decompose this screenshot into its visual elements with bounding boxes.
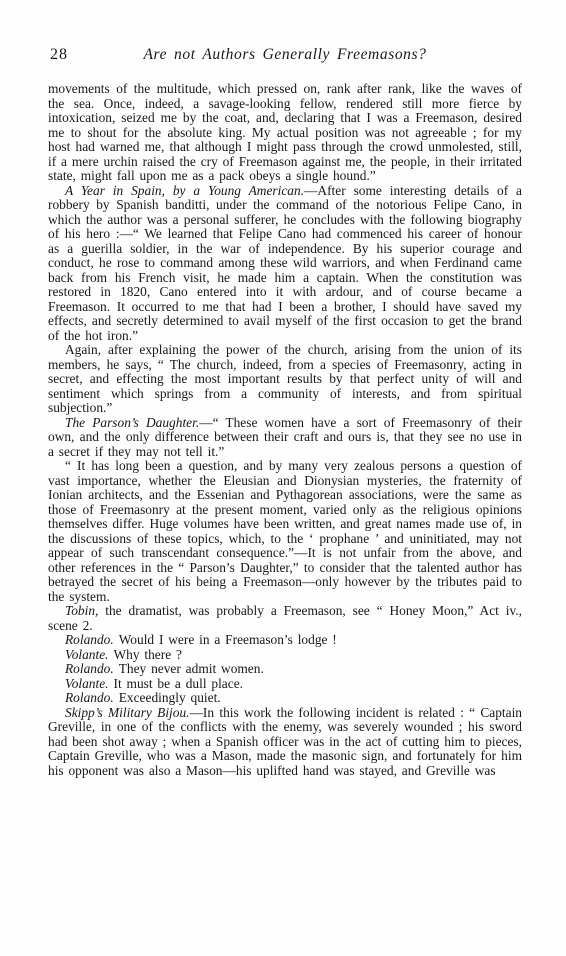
paragraph-tobin: Tobin, the dramatist, was probably a Fre… xyxy=(48,604,522,633)
paragraph-lead: The Parson’s Daughter. xyxy=(65,415,199,430)
paragraph-long-question: “ It has long been a question, and by ma… xyxy=(48,459,522,604)
dialogue-text: Would I were in a Freemason’s lodge ! xyxy=(119,632,337,647)
paragraph-lead: Skipp’s Military Bijou. xyxy=(65,705,190,720)
paragraph-year-in-spain: A Year in Spain, by a Young American.—Af… xyxy=(48,184,522,344)
paragraph-text: movements of the multitude, which presse… xyxy=(48,81,522,183)
paragraph-lead: Tobin, xyxy=(65,603,98,618)
paragraph-parsons-daughter: The Parson’s Daughter.—“ These women hav… xyxy=(48,416,522,460)
page-content: 28 Are not Authors Generally Freemasons?… xyxy=(48,44,522,778)
paragraph-text: the dramatist, was probably a Freemason,… xyxy=(48,603,522,633)
dialogue-text: They never admit women. xyxy=(119,661,264,676)
paragraph-text: “ It has long been a question, and by ma… xyxy=(48,458,522,604)
paragraph-skipps-bijou: Skipp’s Military Bijou.—In this work the… xyxy=(48,706,522,779)
dialogue-block: Rolando.Would I were in a Freemason’s lo… xyxy=(48,633,522,706)
paragraph-text: Again, after explaining the power of the… xyxy=(48,342,522,415)
speaker-name: Rolando. xyxy=(65,690,114,705)
dialogue-text: It must be a dull place. xyxy=(114,676,243,691)
dialogue-text: Exceedingly quiet. xyxy=(119,690,221,705)
paragraph-again-church: Again, after explaining the power of the… xyxy=(48,343,522,416)
dialogue-text: Why there ? xyxy=(114,647,182,662)
book-page-scan: 28 Are not Authors Generally Freemasons?… xyxy=(0,0,566,956)
page-number: 28 xyxy=(50,46,68,64)
speaker-name: Rolando. xyxy=(65,632,114,647)
dialogue-line: Rolando.Exceedingly quiet. xyxy=(48,691,522,706)
dialogue-line: Rolando.They never admit women. xyxy=(48,662,522,677)
running-head: 28 Are not Authors Generally Freemasons? xyxy=(48,44,522,68)
paragraph-lead: A Year in Spain, by a Young American. xyxy=(65,183,304,198)
dialogue-line: Volante.Why there ? xyxy=(48,648,522,663)
paragraph-continuation: movements of the multitude, which presse… xyxy=(48,82,522,184)
speaker-name: Rolando. xyxy=(65,661,114,676)
speaker-name: Volante. xyxy=(65,647,109,662)
running-title: Are not Authors Generally Freemasons? xyxy=(48,44,522,64)
dialogue-line: Rolando.Would I were in a Freemason’s lo… xyxy=(48,633,522,648)
paragraph-text: —After some interesting details of a rob… xyxy=(48,183,522,343)
dialogue-line: Volante.It must be a dull place. xyxy=(48,677,522,692)
speaker-name: Volante. xyxy=(65,676,109,691)
